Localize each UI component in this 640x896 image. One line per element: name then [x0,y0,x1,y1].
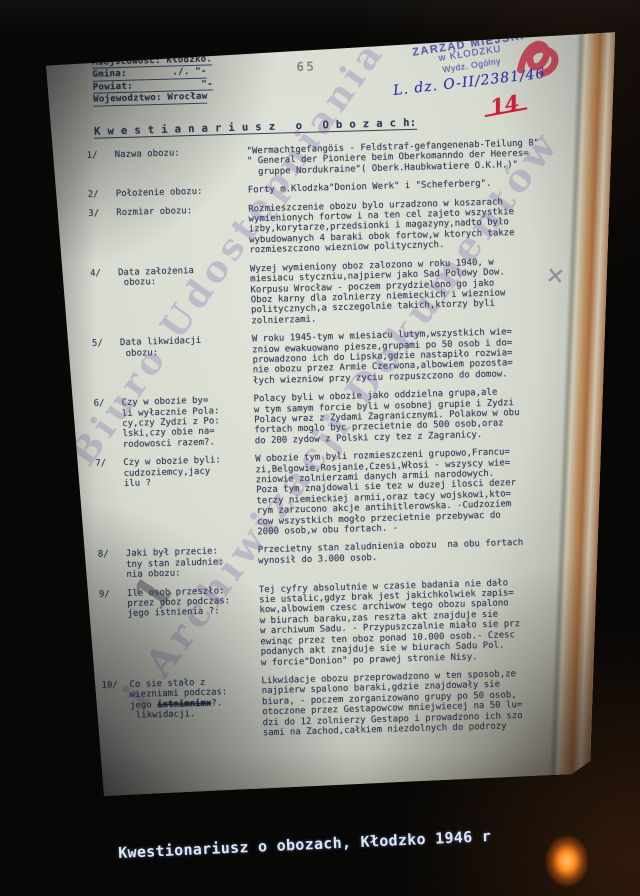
item-question: Czy w obozie byli: cudzoziemcy,jacy ilu … [123,455,254,490]
photo-caption: Kwestionariusz o obozach, Kłodzko 1946 r [118,824,558,862]
item-number: 3/ [88,208,114,219]
item-question: Położenie obozu: [116,186,246,200]
light-glow [546,836,588,886]
item-number: 8/ [98,550,124,561]
document-content: Biuro Udostępniania i Archiwizacji Dokum… [84,45,579,751]
item-question: Czy w obozie by= li wyłacznie Pola: cy,c… [122,395,253,451]
questionnaire-title: K w e s t i a n a r i u s z o O b o z a … [94,117,417,138]
pencil-mark-1: 1 [141,578,167,609]
item-number: 4/ [90,268,116,279]
item-number: 2/ [88,189,114,200]
qa-item-10: 10/ Co sie stało z wiezniami podczas: je… [101,667,579,743]
qa-item-4: 4/ Data założenia obozu: Wyzej wymienion… [90,255,568,331]
struck-out-word: ixtnimnimx [157,698,211,710]
item-question: Co sie stało z wiezniami podczas: jego i… [129,676,260,721]
item-number: 5/ [92,338,118,349]
item-question: Rozmiar obozu: [116,204,246,218]
item-answer: W roku 1945-tym w miesiacu lutym,wszystk… [252,326,569,387]
item-answer: Tej cyfry absolutnie w czasie badania ni… [259,576,577,668]
item-answer: Wyzej wymieniony oboz zalozono w roku 19… [250,255,568,326]
item-answer: W obozie tym byli rozmieszczeni grupowo,… [255,446,573,538]
item-number: 10/ [101,680,127,691]
pencil-x-mark: × [546,270,565,282]
item-number: 1/ [87,150,113,161]
item-answer: Rozmieszczenie obozu bylo urzadzono w ko… [248,195,565,256]
item-number: 6/ [94,398,120,409]
page-number: 65 [296,62,316,73]
qa-item-8: 8/ Jaki był przecie: tny stan zaludnie: … [98,537,575,581]
item-question: Data założenia obozu: [118,264,249,288]
photo-scene: Biuro Udostępniania i Archiwizacji Dokum… [0,0,640,896]
qa-item-7: 7/ Czy w obozie byli: cudzoziemcy,jacy i… [95,446,573,543]
document-page: Biuro Udostępniania i Archiwizacji Dokum… [38,26,618,806]
torn-bottom-edge [78,780,589,809]
red-page-mark-14: 14 [483,96,528,117]
qa-item-3: 3/ Rozmiar obozu: Rozmieszczenie obozu b… [88,195,565,260]
qa-item-1: 1/ Nazwa obozu: "Wermachtgefangöis - Fel… [87,138,564,182]
item-number: 7/ [95,458,121,469]
qa-item-6: 6/ Czy w obozie by= li wyłacznie Pola: c… [94,386,571,451]
item-number: 9/ [99,589,125,600]
item-question: Data likwidacji obozu: [120,335,251,359]
qa-item-5: 5/ Data likwidacji obozu: W roku 1945-ty… [92,326,569,391]
item-answer: "Wermachtgefangöis - Feldstraf-gefangene… [247,138,564,178]
item-answer: Polacy byli w obozie jako oddzielna grup… [253,386,570,447]
header-wojewodztwo: Wojewodztwo: Wrocław [93,92,208,107]
qa-list: 1/ Nazwa obozu: "Wermachtgefangöis - Fel… [87,138,579,743]
item-answer: Forty m.Klodzka"Donion Werk" i "Scheferb… [248,177,564,196]
item-answer: Likwidacje obozu przeprowadzono w ten sp… [261,667,579,738]
item-question: Nazwa obozu: [115,147,245,161]
item-answer: Przecietny stan zaludnienia obozu na obu… [258,537,574,567]
